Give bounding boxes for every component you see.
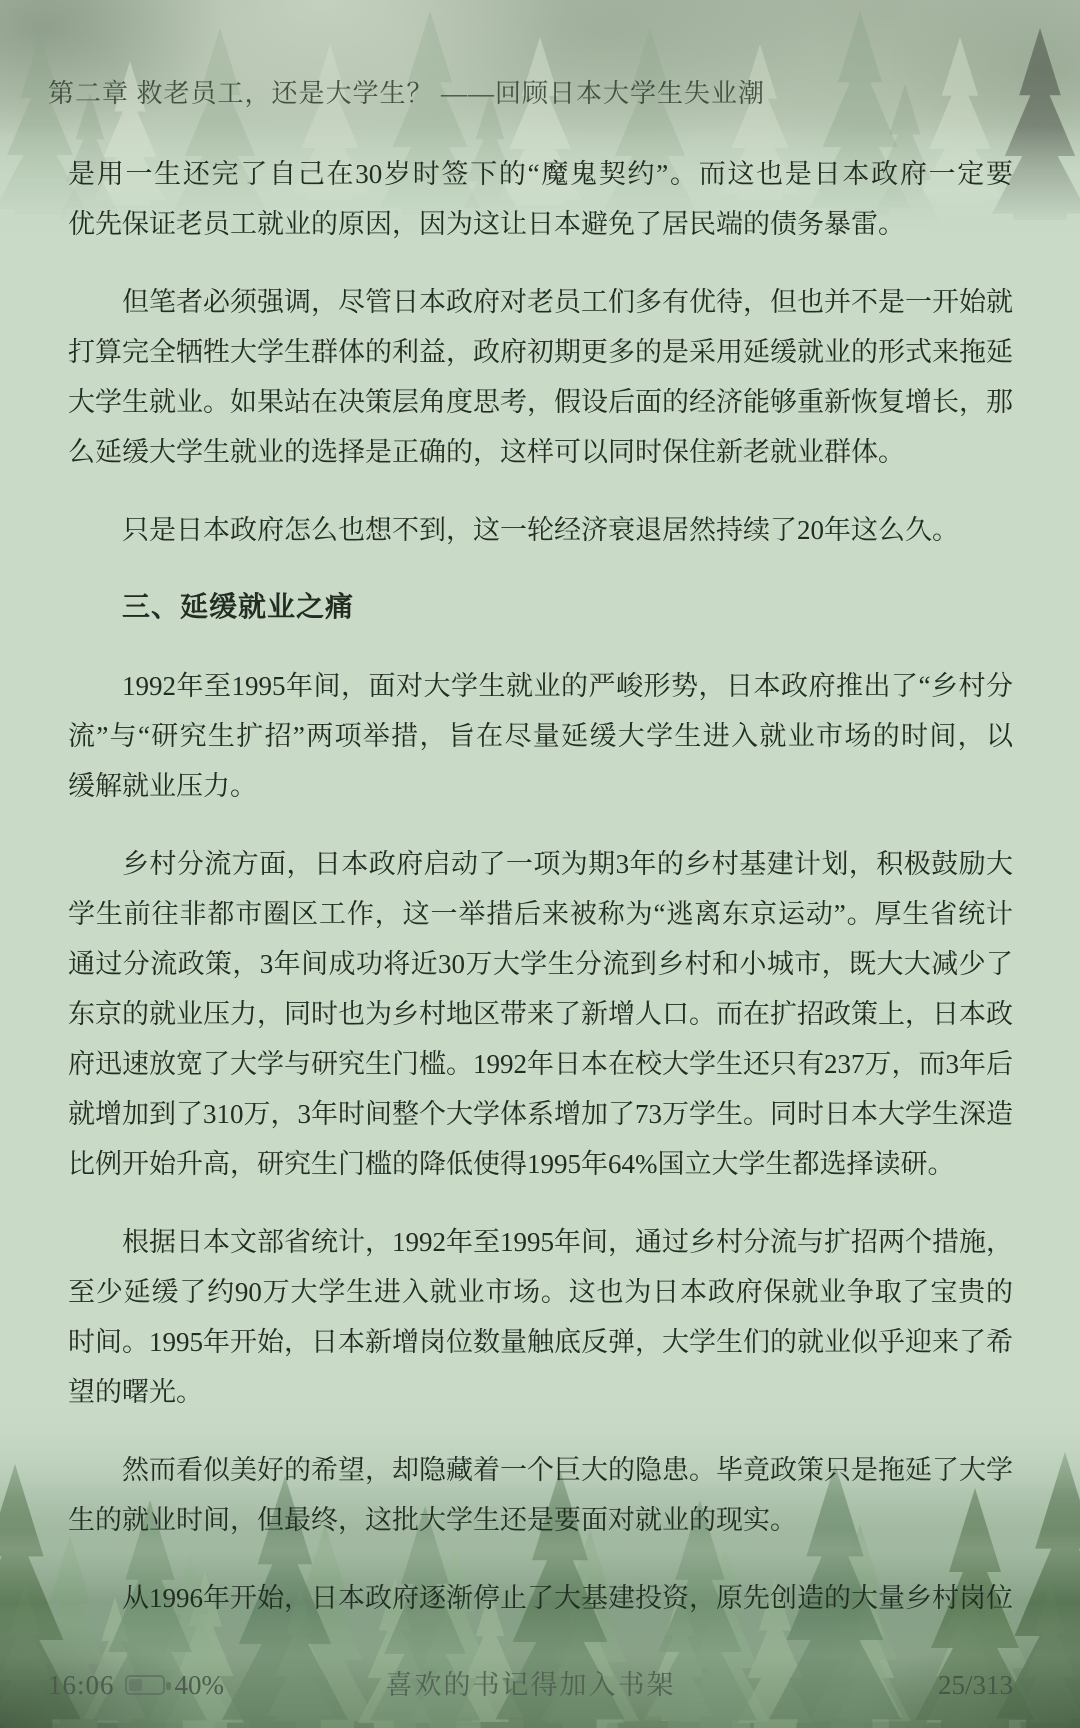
text-line: 大学生就业。如果站在决策层角度思考，假设后面的经济能够重新恢复增长，那 bbox=[68, 377, 1013, 427]
text-line: 但笔者必须强调，尽管日本政府对老员工们多有优待，但也并不是一开始就 bbox=[68, 277, 1013, 327]
bookshelf-hint: 喜欢的书记得加入书架 bbox=[48, 1660, 1013, 1710]
text-line: 就增加到了310万，3年时间整个大学体系增加了73万学生。同时日本大学生深造 bbox=[68, 1089, 1013, 1139]
paragraph: 然而看似美好的希望，却隐藏着一个巨大的隐患。毕竟政策只是拖延了大学 生的就业时间… bbox=[68, 1445, 1013, 1545]
text-line: 至少延缓了约90万大学生进入就业市场。这也为日本政府保就业争取了宝贵的 bbox=[68, 1267, 1013, 1317]
text-line: 学生前往非都市圈区工作，这一举措后来被称为“逃离东京运动”。厚生省统计 bbox=[68, 889, 1013, 939]
text-line: 只是日本政府怎么也想不到，这一轮经济衰退居然持续了20年这么久。 bbox=[68, 505, 1013, 555]
text-line: 生的就业时间，但最终，这批大学生还是要面对就业的现实。 bbox=[68, 1495, 1013, 1545]
paragraph: 只是日本政府怎么也想不到，这一轮经济衰退居然持续了20年这么久。 bbox=[68, 505, 1013, 555]
text-line: 东京的就业压力，同时也为乡村地区带来了新增人口。而在扩招政策上，日本政 bbox=[68, 989, 1013, 1039]
text-line: 根据日本文部省统计，1992年至1995年间，通过乡村分流与扩招两个措施， bbox=[68, 1217, 1013, 1267]
text-line: 从1996年开始，日本政府逐渐停止了大基建投资，原先创造的大量乡村岗位 bbox=[68, 1573, 1013, 1623]
reader-screen: 第二章 救老员工，还是大学生？ ——回顾日本大学生失业潮 是用一生还完了自己在3… bbox=[0, 0, 1080, 1728]
text-line: 么延缓大学生就业的选择是正确的，这样可以同时保住新老就业群体。 bbox=[68, 427, 1013, 477]
section-heading: 三、延缓就业之痛 bbox=[68, 583, 1013, 633]
text-line: 通过分流政策，3年间成功将近30万大学生分流到乡村和小城市，既大大减少了 bbox=[68, 939, 1013, 989]
text-line: 乡村分流方面，日本政府启动了一项为期3年的乡村基建计划，积极鼓励大 bbox=[68, 839, 1013, 889]
paragraph: 是用一生还完了自己在30岁时签下的“魔鬼契约”。而这也是日本政府一定要 优先保证… bbox=[68, 149, 1013, 249]
text-line: 流”与“研究生扩招”两项举措，旨在尽量延缓大学生进入就业市场的时间，以 bbox=[68, 711, 1013, 761]
text-line: 是用一生还完了自己在30岁时签下的“魔鬼契约”。而这也是日本政府一定要 bbox=[68, 149, 1013, 199]
paragraph: 根据日本文部省统计，1992年至1995年间，通过乡村分流与扩招两个措施， 至少… bbox=[68, 1217, 1013, 1417]
footer-status-bar: 16:06 40% 喜欢的书记得加入书架 25/313 bbox=[48, 1660, 1013, 1710]
text-line: 缓解就业压力。 bbox=[68, 761, 1013, 811]
paragraph: 但笔者必须强调，尽管日本政府对老员工们多有优待，但也并不是一开始就 打算完全牺牲… bbox=[68, 277, 1013, 477]
text-line: 望的曙光。 bbox=[68, 1367, 1013, 1417]
text-line: 1992年至1995年间，面对大学生就业的严峻形势，日本政府推出了“乡村分 bbox=[68, 661, 1013, 711]
reader-page[interactable]: 是用一生还完了自己在30岁时签下的“魔鬼契约”。而这也是日本政府一定要 优先保证… bbox=[68, 149, 1013, 1623]
page-indicator: 25/313 bbox=[938, 1660, 1013, 1710]
text-line: 府迅速放宽了大学与研究生门槛。1992年日本在校大学生还只有237万，而3年后 bbox=[68, 1039, 1013, 1089]
paragraph: 从1996年开始，日本政府逐渐停止了大基建投资，原先创造的大量乡村岗位 bbox=[68, 1573, 1013, 1623]
paragraph: 三、延缓就业之痛 bbox=[68, 583, 1013, 633]
text-line: 比例开始升高，研究生门槛的降低使得1995年64%国立大学生都选择读研。 bbox=[68, 1139, 1013, 1189]
chapter-title: 第二章 救老员工，还是大学生？ ——回顾日本大学生失业潮 bbox=[48, 79, 1038, 109]
text-line: 优先保证老员工就业的原因，因为这让日本避免了居民端的债务暴雷。 bbox=[68, 199, 1013, 249]
paragraph: 1992年至1995年间，面对大学生就业的严峻形势，日本政府推出了“乡村分 流”… bbox=[68, 661, 1013, 811]
text-line: 时间。1995年开始，日本新增岗位数量触底反弹，大学生们的就业似乎迎来了希 bbox=[68, 1317, 1013, 1367]
text-line: 打算完全牺牲大学生群体的利益，政府初期更多的是采用延缓就业的形式来拖延 bbox=[68, 327, 1013, 377]
text-line: 然而看似美好的希望，却隐藏着一个巨大的隐患。毕竟政策只是拖延了大学 bbox=[68, 1445, 1013, 1495]
paragraph: 乡村分流方面，日本政府启动了一项为期3年的乡村基建计划，积极鼓励大 学生前往非都… bbox=[68, 839, 1013, 1189]
